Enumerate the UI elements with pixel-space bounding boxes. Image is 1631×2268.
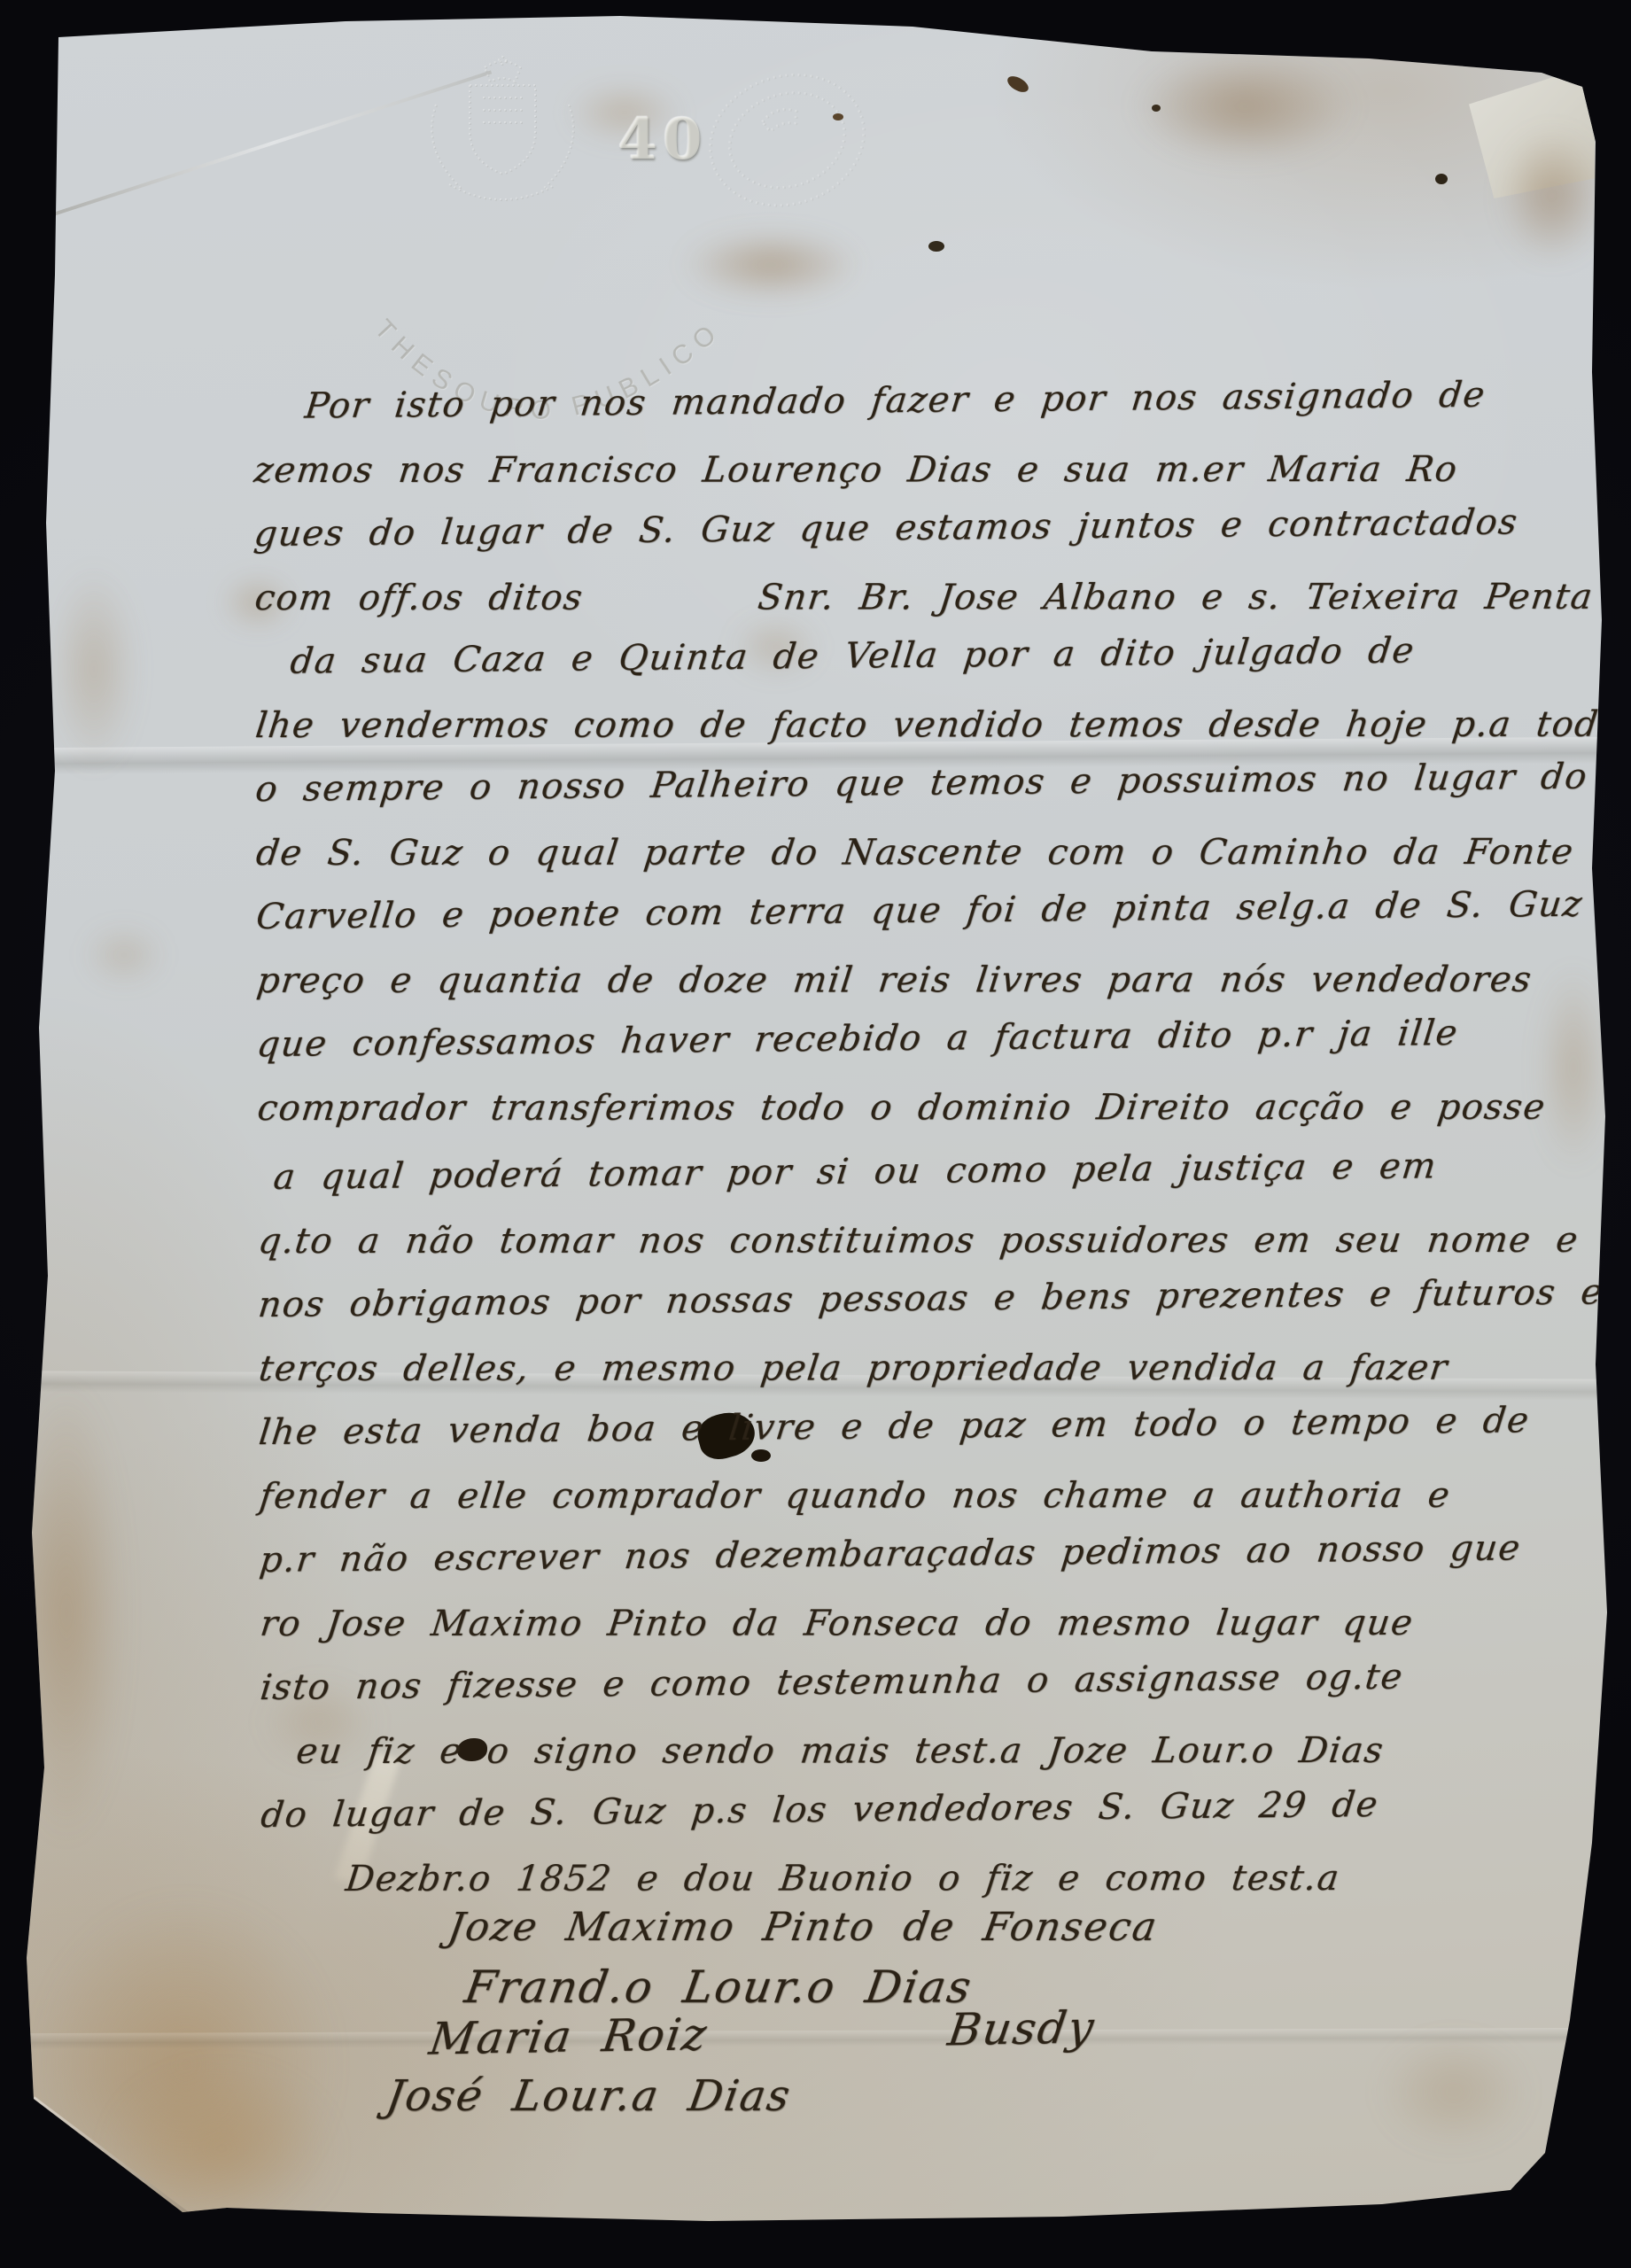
ink-speck [1435, 174, 1448, 184]
stain [1501, 129, 1604, 262]
ink-speck [928, 241, 944, 252]
stamp-denomination: 40 [610, 106, 716, 173]
signature: Joze Maximo Pinto de Fonseca [252, 1905, 1581, 1961]
signature: José Lour.a Dias [252, 2071, 1582, 2133]
signature-block: Joze Maximo Pinto de Fonseca Frand.o Lou… [252, 1905, 1573, 2133]
manuscript-line: da sua Caza e Quinta de Vella por a dito… [250, 629, 1578, 705]
manuscript-line: Por isto por nos mandado fazer e por nos… [249, 374, 1577, 450]
stain [51, 567, 136, 771]
paper-sheet: THESOURO PUBLICO 40 Por isto por nos man… [0, 0, 1631, 2268]
manuscript-line: gues do lugar de S. Guz que estamos junt… [250, 501, 1578, 578]
stain [85, 927, 163, 983]
ink-speck [833, 113, 843, 120]
manuscript-line: Carvello e poente com terra que foi de p… [252, 884, 1580, 960]
stain [9, 1382, 124, 1843]
manuscript-line: do lugar de S. Guz p.s los vendedores S.… [256, 1783, 1584, 1859]
manuscript-line: p.r não escrever nos dezembaraçadas pedi… [255, 1527, 1583, 1604]
ink-speck [1005, 73, 1031, 95]
manuscript-line: a qual poderá tomar por si ou como pela … [252, 1145, 1581, 1221]
ink-speck [1152, 105, 1161, 112]
manuscript-line: o sempre o nosso Palheiro que temos e po… [251, 757, 1579, 833]
manuscript-line: isto nos fizesse e como testemunha o ass… [255, 1655, 1583, 1731]
manuscript-line: que confessamos haver recebido a factura… [252, 1012, 1581, 1088]
manuscript-line: lhe esta venda boa e livre e de paz em t… [254, 1400, 1582, 1476]
manuscript-body: Por isto por nos mandado fazer e por nos… [248, 379, 1576, 1922]
photograph-of-manuscript: THESOURO PUBLICO 40 Por isto por nos man… [0, 0, 1631, 2268]
stain [1134, 51, 1355, 161]
manuscript-line: comprador transferimos todo o dominio Di… [252, 1087, 1580, 1152]
manuscript-line: nos obrigamos por nossas pessoas e bens … [253, 1272, 1581, 1348]
